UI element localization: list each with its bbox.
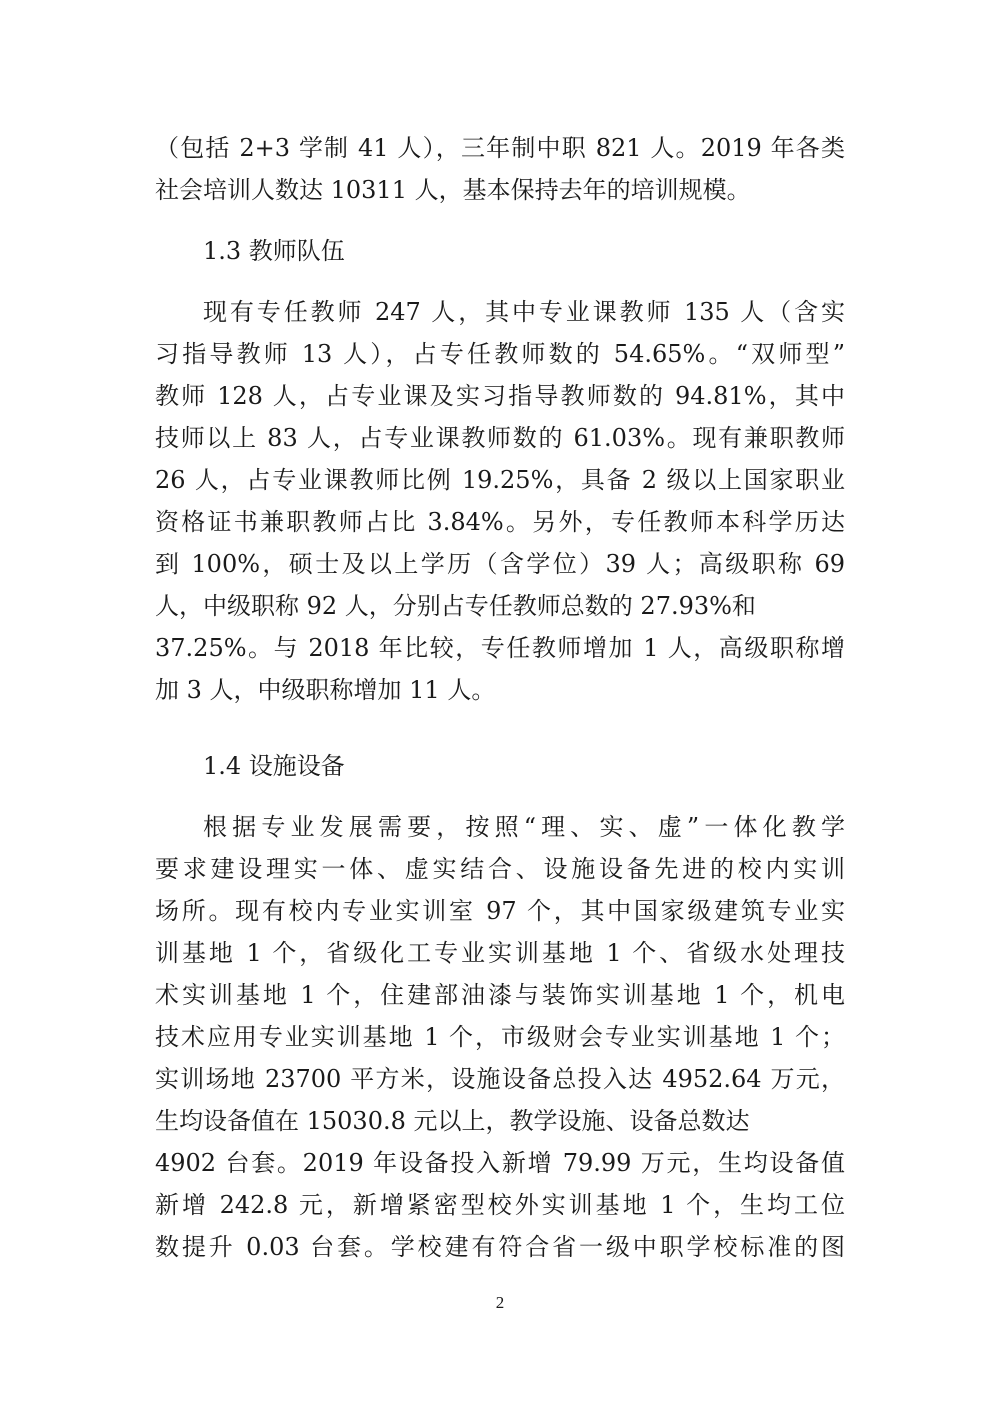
paragraph-line: 要求建设理实一体、虚实结合、设施设备先进的校内实训 — [155, 848, 845, 890]
paragraph-line: 数提升 0.03 台套。学校建有符合省一级中职学校标准的图 — [155, 1226, 845, 1268]
paragraph-line: 人，中级职称 92 人，分别占专任教师总数的 27.93%和 — [155, 585, 845, 627]
paragraph-line: 加 3 人，中级职称增加 11 人。 — [155, 669, 845, 711]
paragraph-line: 生均设备值在 15030.8 元以上，教学设施、设备总数达 — [155, 1100, 845, 1142]
paragraph-line: 4902 台套。2019 年设备投入新增 79.99 万元，生均设备值 — [155, 1142, 845, 1184]
paragraph-line: 到 100%，硕士及以上学历（含学位）39 人；高级职称 69 — [155, 543, 845, 585]
paragraph-line: 训基地 1 个，省级化工专业实训基地 1 个、省级水处理技 — [155, 932, 845, 974]
paragraph-line: 37.25%。与 2018 年比较，专任教师增加 1 人，高级职称增 — [155, 627, 845, 669]
paragraph-line: （包括 2+3 学制 41 人），三年制中职 821 人。2019 年各类 — [155, 127, 845, 169]
paragraph-line: 新增 242.8 元，新增紧密型校外实训基地 1 个，生均工位 — [155, 1184, 845, 1226]
paragraph-line: 习指导教师 13 人），占专任教师数的 54.65%。“双师型” — [155, 333, 845, 375]
document-page: （包括 2+3 学制 41 人），三年制中职 821 人。2019 年各类 社会… — [0, 0, 1000, 1414]
paragraph-line: 技师以上 83 人，占专业课教师数的 61.03%。现有兼职教师 — [155, 417, 845, 459]
paragraph-line: 场所。现有校内专业实训室 97 个，其中国家级建筑专业实 — [155, 890, 845, 932]
paragraph-line: 根据专业发展需要，按照“理、实、虚”一体化教学 — [203, 806, 845, 848]
paragraph-line: 社会培训人数达 10311 人，基本保持去年的培训规模。 — [155, 169, 845, 211]
paragraph-line: 现有专任教师 247 人，其中专业课教师 135 人（含实 — [203, 291, 845, 333]
section-heading-teachers: 1.3 教师队伍 — [203, 230, 345, 272]
paragraph-line: 26 人，占专业课教师比例 19.25%，具备 2 级以上国家职业 — [155, 459, 845, 501]
page-number: 2 — [0, 1292, 1000, 1314]
paragraph-line: 教师 128 人，占专业课及实习指导教师数的 94.81%，其中 — [155, 375, 845, 417]
paragraph-line: 资格证书兼职教师占比 3.84%。另外，专任教师本科学历达 — [155, 501, 845, 543]
paragraph-line: 技术应用专业实训基地 1 个，市级财会专业实训基地 1 个； — [155, 1016, 845, 1058]
section-heading-facilities: 1.4 设施设备 — [203, 745, 345, 787]
paragraph-line: 术实训基地 1 个，住建部油漆与装饰实训基地 1 个，机电 — [155, 974, 845, 1016]
paragraph-line: 实训场地 23700 平方米，设施设备总投入达 4952.64 万元， — [155, 1058, 845, 1100]
